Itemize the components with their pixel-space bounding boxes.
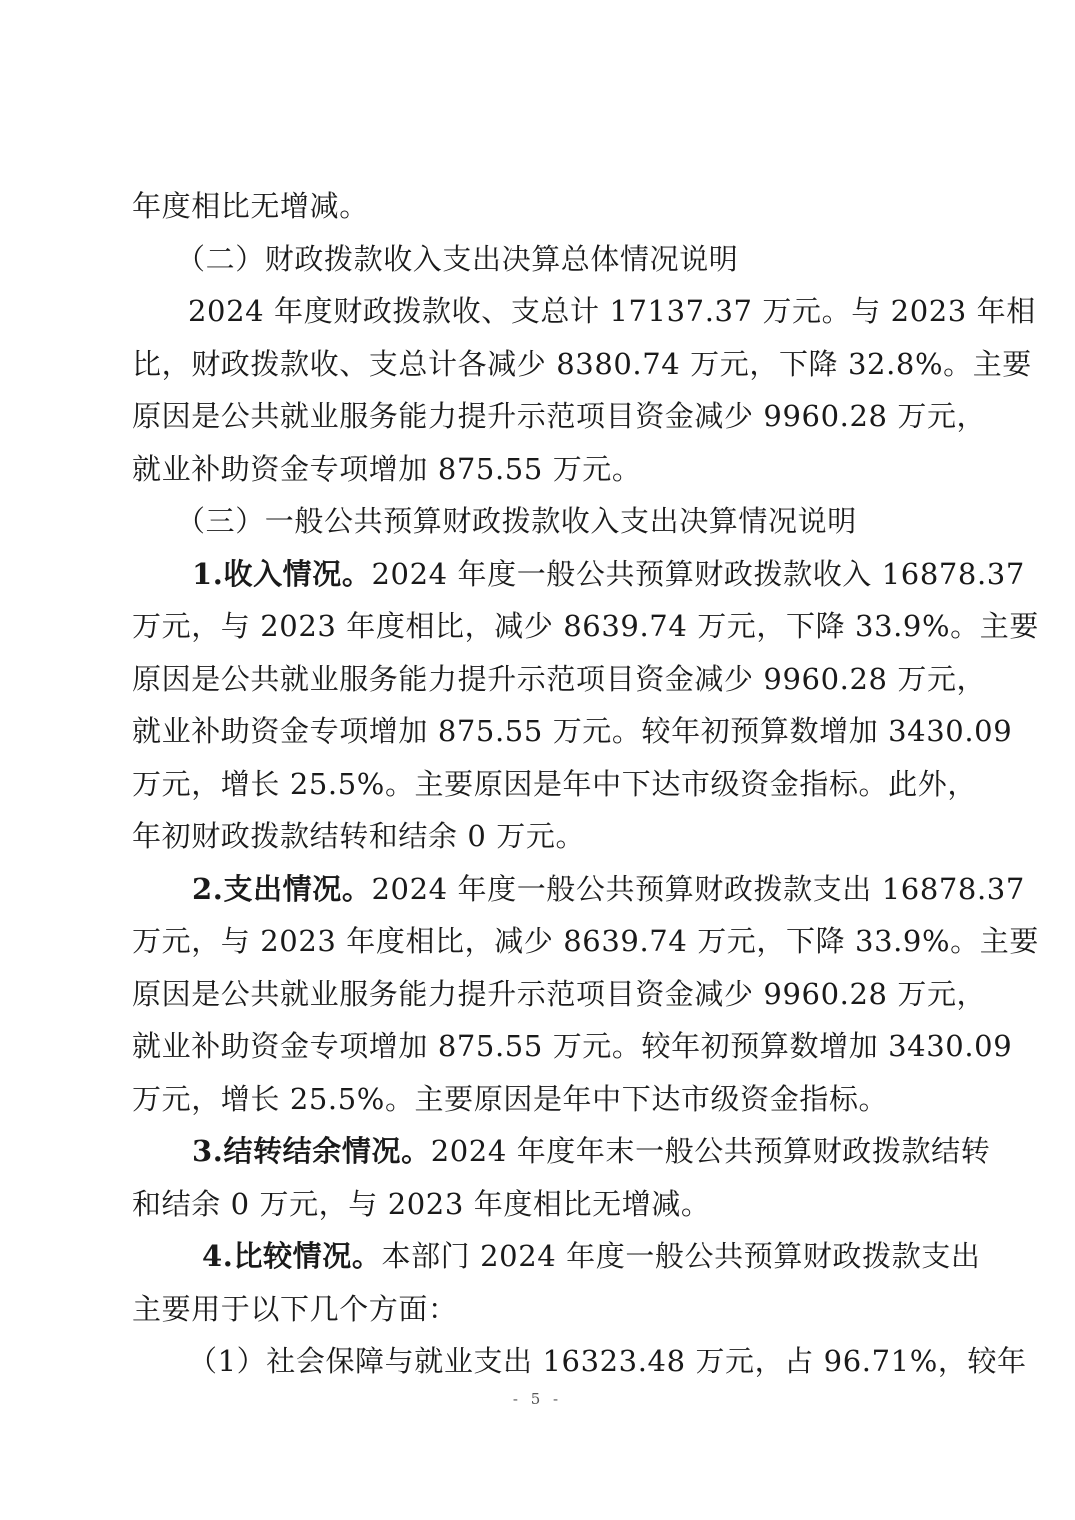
- paragraph-text: 本部门 2024 年度一般公共预算财政拨款支出: [381, 1239, 980, 1273]
- paragraph-line: 就业补助资金专项增加 875.55 万元。较年初预算数增加 3430.09: [132, 705, 944, 758]
- list-item-social-security: （1）社会保障与就业支出 16323.48 万元，占 96.71%，较年: [132, 1335, 944, 1388]
- subheading-income: 1.收入情况。: [192, 557, 371, 591]
- paragraph-line: 万元，增长 25.5%。主要原因是年中下达市级资金指标。: [132, 1073, 944, 1126]
- paragraph-line: 原因是公共就业服务能力提升示范项目资金减少 9960.28 万元，: [132, 968, 944, 1021]
- paragraph-line-carryover: 3.结转结余情况。2024 年度年末一般公共预算财政拨款结转: [132, 1125, 944, 1178]
- paragraph-tail-line: 年度相比无增减。: [132, 180, 944, 233]
- paragraph-line: 原因是公共就业服务能力提升示范项目资金减少 9960.28 万元，: [132, 390, 944, 443]
- paragraph-line-expenditure: 2.支出情况。2024 年度一般公共预算财政拨款支出 16878.37: [132, 863, 944, 916]
- paragraph-line: 万元，增长 25.5%。主要原因是年中下达市级资金指标。此外，: [132, 758, 944, 811]
- paragraph-line: 原因是公共就业服务能力提升示范项目资金减少 9960.28 万元，: [132, 653, 944, 706]
- paragraph-line: 和结余 0 万元，与 2023 年度相比无增减。: [132, 1178, 944, 1231]
- paragraph-line-comparison: 4.比较情况。本部门 2024 年度一般公共预算财政拨款支出: [132, 1230, 944, 1283]
- paragraph-text: 2024 年度年末一般公共预算财政拨款结转: [431, 1134, 991, 1168]
- paragraph-text: 2024 年度一般公共预算财政拨款支出 16878.37: [371, 872, 1024, 906]
- subheading-expenditure: 2.支出情况。: [192, 872, 371, 906]
- paragraph-line: 主要用于以下几个方面：: [132, 1283, 944, 1336]
- paragraph-line: 就业补助资金专项增加 875.55 万元。: [132, 443, 944, 496]
- paragraph-line: 万元，与 2023 年度相比，减少 8639.74 万元，下降 33.9%。主要: [132, 915, 944, 968]
- section-heading-2: （二）财政拨款收入支出决算总体情况说明: [132, 233, 944, 286]
- subheading-comparison: 4.比较情况。: [202, 1239, 381, 1273]
- paragraph-text: 2024 年度一般公共预算财政拨款收入 16878.37: [371, 557, 1024, 591]
- document-page: 年度相比无增减。 （二）财政拨款收入支出决算总体情况说明 2024 年度财政拨款…: [132, 180, 944, 1388]
- paragraph-line: 就业补助资金专项增加 875.55 万元。较年初预算数增加 3430.09: [132, 1020, 944, 1073]
- paragraph-line: 比，财政拨款收、支总计各减少 8380.74 万元，下降 32.8%。主要: [132, 338, 944, 391]
- section-heading-3: （三）一般公共预算财政拨款收入支出决算情况说明: [132, 495, 944, 548]
- subheading-carryover: 3.结转结余情况。: [192, 1134, 431, 1168]
- paragraph-line-income: 1.收入情况。2024 年度一般公共预算财政拨款收入 16878.37: [132, 548, 944, 601]
- paragraph-line: 万元，与 2023 年度相比，减少 8639.74 万元，下降 33.9%。主要: [132, 600, 944, 653]
- paragraph-line: 2024 年度财政拨款收、支总计 17137.37 万元。与 2023 年相: [132, 285, 944, 338]
- paragraph-line: 年初财政拨款结转和结余 0 万元。: [132, 810, 944, 863]
- page-number: - 5 -: [0, 1390, 1075, 1408]
